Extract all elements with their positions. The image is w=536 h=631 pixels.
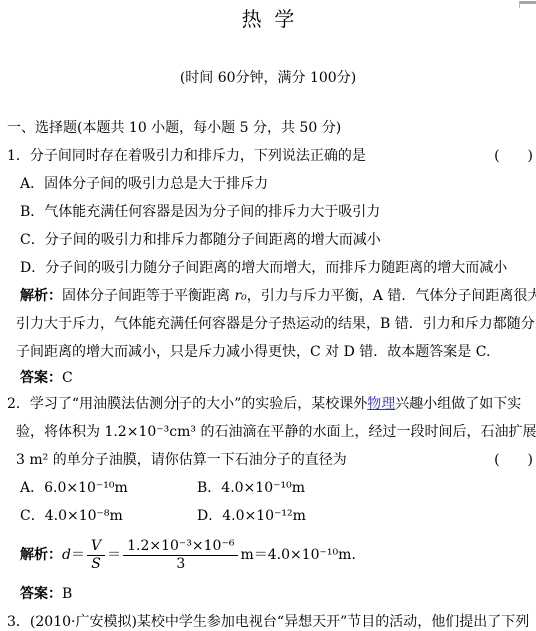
- fraction-volume-over-area: 1.2×10⁻³×10⁻⁶3: [123, 538, 238, 573]
- question-2-stem-line-3: ( )3 m² 的单分子油膜，请你估算一下石油分子的直径为: [0, 446, 536, 474]
- question-2-stem-line-1: 2．学习了“用油膜法估测分子的大小”的实验后，某校课外物理兴趣小组做了如下实: [0, 390, 536, 418]
- question-2-stem-line-2: 验，将体积为 1.2×10⁻³cm³ 的石油滴在平静的水面上，经过一段时间后，石…: [0, 418, 536, 446]
- answer-bracket: ( ): [494, 446, 533, 474]
- option-row-ab: A．6.0×10⁻¹⁰mB．4.0×10⁻¹⁰m: [0, 474, 536, 502]
- equals-sign: ＝: [107, 547, 121, 563]
- option-c: C．分子间的吸引力和排斥力都随分子间距离的增大而减小: [0, 226, 536, 254]
- math-r0: r₀: [234, 288, 246, 304]
- answer-line: 答案：C: [0, 366, 536, 390]
- question-stem: 子的大小”的实验后，某校课外: [178, 396, 367, 412]
- exam-info: (时间 60分钟，满分 100分): [0, 70, 536, 86]
- physics-link[interactable]: 物理: [367, 396, 395, 412]
- option-d: D．分子间的吸引力随分子间距离的增大而增大，而排斥力随距离的增大而减小: [0, 254, 536, 282]
- section-heading: 一、选择题(本题共 10 小题，每小题 5 分，共 50 分): [0, 114, 536, 142]
- question-1-stem-line: ( )1．分子间同时存在着吸引力和排斥力，下列说法正确的是: [0, 142, 536, 170]
- answer-bracket: ( ): [494, 142, 533, 170]
- scrollbar-fragment: [519, 1, 536, 4]
- fraction-numerator: 1.2×10⁻³×10⁻⁶: [123, 538, 238, 556]
- question-3: 3．(2010·广安模拟)某校中学生参加电视台“异想天开”节目的活动，他们提出了…: [0, 608, 536, 631]
- answer-label: 答案：: [20, 586, 62, 602]
- option-d: D．4.0×10⁻¹²m: [197, 508, 306, 524]
- fraction-denominator: 3: [123, 556, 238, 573]
- analysis-formula-line: 解析：d＝VS＝1.2×10⁻³×10⁻⁶3m＝4.0×10⁻¹⁰m.: [0, 530, 536, 580]
- analysis-line-2: 引力大于斥力，气体能充满任何容器是分子热运动的结果，B 错．引力和斥力都随分: [0, 310, 536, 338]
- option-a: A．固体分子间的吸引力总是大于排斥力: [0, 170, 536, 198]
- question-3-stem-line-1: 3．(2010·广安模拟)某校中学生参加电视台“异想天开”节目的活动，他们提出了…: [0, 608, 536, 631]
- question-1: ( )1．分子间同时存在着吸引力和排斥力，下列说法正确的是 A．固体分子间的吸引…: [0, 142, 536, 390]
- analysis-text: 固体分子间距等于平衡距离: [62, 288, 234, 304]
- question-stem: 3 m² 的单分子油膜，请你估算一下石油分子的直径为: [16, 452, 347, 468]
- question-number: 1．: [7, 148, 30, 164]
- option-b: B．4.0×10⁻¹⁰m: [197, 480, 305, 496]
- formula-result: m＝4.0×10⁻¹⁰m.: [240, 547, 355, 563]
- math-s: S: [91, 556, 101, 572]
- math-d: d: [62, 547, 71, 563]
- analysis-label: 解析：: [20, 288, 62, 304]
- question-stem: 学习了“用油膜法估测分: [30, 396, 177, 412]
- answer-line: 答案：B: [0, 580, 536, 608]
- analysis-line-1: 解析：固体分子间距等于平衡距离 r₀，引力与斥力平衡，A 错．气体分子间距离很大…: [0, 282, 536, 310]
- fraction-v-over-s: VS: [87, 538, 105, 573]
- option-row-cd: C．4.0×10⁻⁸mD．4.0×10⁻¹²m: [0, 502, 536, 530]
- question-stem: 分子间同时存在着吸引力和排斥力，下列说法正确的是: [30, 148, 366, 164]
- option-b: B．气体能充满任何容器是因为分子间的排斥力大于吸引力: [0, 198, 536, 226]
- question-stem: 兴趣小组做了如下实: [395, 396, 521, 412]
- answer-value: B: [62, 586, 72, 602]
- question-stem: (2010·广安模拟)某校中学生参加电视台“异想天开”节目的活动，他们提出了下列: [30, 614, 529, 630]
- analysis-text: ，引力与斥力平衡，A 错．气体分子间距离很大，: [247, 288, 536, 304]
- question-2: 2．学习了“用油膜法估测分子的大小”的实验后，某校课外物理兴趣小组做了如下实 验…: [0, 390, 536, 608]
- math-v: V: [91, 538, 101, 554]
- answer-value: C: [62, 370, 73, 386]
- question-number: 3．: [7, 614, 30, 630]
- page-title: 热 学: [0, 0, 536, 32]
- answer-label: 答案：: [20, 370, 62, 386]
- option-c: C．4.0×10⁻⁸m: [20, 502, 197, 530]
- document-page: 热 学 (时间 60分钟，满分 100分) 一、选择题(本题共 10 小题，每小…: [0, 0, 536, 631]
- equals-sign: ＝: [71, 547, 85, 563]
- analysis-line-3: 子间距离的增大而减小，只是斥力减小得更快，C 对 D 错．故本题答案是 C.: [0, 338, 536, 366]
- option-a: A．6.0×10⁻¹⁰m: [20, 474, 197, 502]
- analysis-label: 解析：: [20, 547, 62, 563]
- question-number: 2．: [7, 396, 30, 412]
- document-body: 一、选择题(本题共 10 小题，每小题 5 分，共 50 分) ( )1．分子间…: [0, 114, 536, 631]
